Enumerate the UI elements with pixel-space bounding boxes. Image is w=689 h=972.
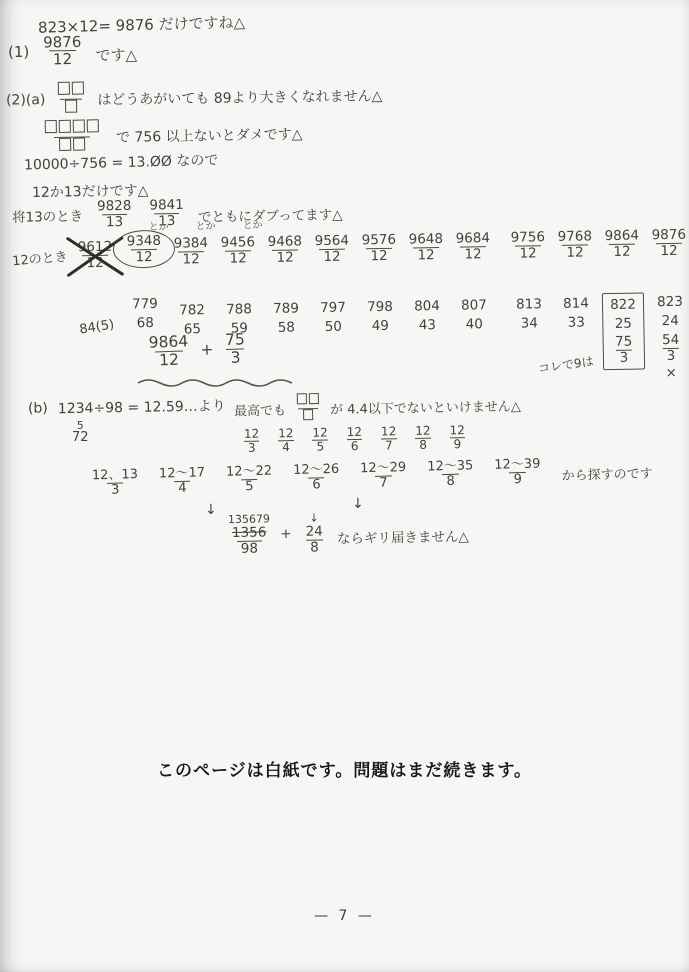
- question1-line: (1) 9876 12 です△: [8, 33, 138, 69]
- condition-suffix: が 4.4以下でないといけません△: [330, 396, 521, 418]
- blank-page-notice: このページは白紙です。問題はまだ続きます。: [0, 756, 689, 781]
- fraction-denominator: 12: [131, 249, 156, 265]
- question2a-text: はどうあがいても 89より大きくなれません△: [97, 85, 382, 109]
- candidate-fraction: 9468 12: [264, 234, 307, 265]
- range-den-4: 12〜174: [155, 466, 210, 496]
- candidate-fraction: 9576 12: [358, 233, 401, 264]
- digit-box-fraction-2over1: [53, 81, 89, 117]
- quotient: 814: [563, 295, 589, 311]
- fraction-9828-13: 9828 13: [93, 199, 136, 230]
- selected-result-box: 822 25 75 3: [602, 292, 645, 370]
- fraction-denominator: 12: [272, 249, 297, 265]
- candidate-column: とか 9348 12 779 68: [122, 230, 168, 332]
- digit-box: [59, 120, 71, 133]
- down-arrow: ↓: [352, 496, 364, 512]
- fraction-denominator: 12: [225, 250, 250, 266]
- when-13-line: 将13のとき 9828 13 9841 13 でともにダブってます△: [12, 195, 343, 231]
- candidate-column: 9468 12 789 58: [263, 227, 309, 336]
- fraction-numerator: 75: [221, 331, 249, 349]
- twelfths-row: 123 124 125 126 127 128 129: [240, 424, 469, 455]
- page-number: — 7 —: [0, 908, 689, 924]
- fraction-numerator: 9756: [507, 230, 550, 245]
- fraction-numerator: 9864: [601, 228, 644, 243]
- toka-annotation: とか: [148, 218, 168, 233]
- range-den-3: 12、133: [88, 468, 143, 498]
- fraction-numerator: 75: [611, 335, 636, 350]
- quotient: 798: [367, 299, 393, 315]
- difference: 40: [466, 316, 483, 332]
- range-den-8: 12〜358: [423, 459, 478, 489]
- quotient: 782: [179, 302, 205, 318]
- difference: 58: [278, 320, 295, 336]
- fraction-denominator: 12: [82, 254, 107, 270]
- fraction-numerator: 9576: [358, 233, 401, 248]
- difference: 43: [419, 317, 436, 333]
- fraction-numerator: 9348: [123, 234, 166, 249]
- fraction-numerator: 9864: [144, 333, 192, 351]
- digit-box: [58, 82, 70, 95]
- fraction-numerator: 9828: [93, 199, 136, 214]
- when-12-label: 12のとき: [11, 246, 68, 270]
- fraction-numerator: 9384: [170, 236, 213, 251]
- candidate-column: 9564 12 797 50: [310, 226, 356, 335]
- final-check-line: 135679 1356 98 + ↓ 24 8 ならギリ届きません△: [228, 510, 469, 556]
- digit-box: [303, 409, 313, 420]
- rejection-mark: ×: [665, 365, 677, 381]
- fraction-denominator: 3: [615, 349, 632, 365]
- toka-annotation: とか: [195, 217, 215, 232]
- difference: 34: [521, 315, 538, 331]
- fraction-12-3: 123: [240, 428, 264, 455]
- candidate-fraction: 9876 12: [647, 228, 689, 259]
- fraction-denominator: 12: [515, 245, 540, 261]
- candidate-column: とか 9384 12 782 65: [169, 229, 215, 338]
- digit-box: [59, 138, 71, 151]
- digit-box: [65, 100, 77, 113]
- plus-sign: +: [200, 341, 214, 359]
- fraction-numerator: 9876: [647, 228, 689, 243]
- fraction-denominator: 8: [306, 539, 323, 555]
- fraction-numerator: 54: [658, 333, 683, 348]
- fraction-12-5: 125: [308, 426, 332, 453]
- fraction-denominator: 12: [562, 244, 587, 260]
- fraction-denominator: 98: [237, 540, 262, 556]
- range-den-7: 12〜297: [356, 461, 411, 491]
- fraction-12-4: 124: [274, 427, 298, 454]
- candidate-fraction: 9768 12: [554, 229, 597, 260]
- candidate-fraction: 9384 12: [170, 236, 213, 267]
- extra-fraction: 75 3: [611, 335, 637, 366]
- digit-box: [297, 393, 307, 404]
- condition-text: で 756 以上ないとダメです△: [116, 123, 303, 146]
- candidate-fraction: 9456 12: [217, 235, 260, 266]
- fraction-denominator: 12: [49, 50, 76, 68]
- down-arrow: ↓: [205, 502, 217, 518]
- candidate-column-selected: 9864 12 822 25 75 3: [600, 221, 647, 370]
- part-b-subnote: 5 72: [72, 420, 89, 444]
- fraction-numerator: 9564: [311, 233, 354, 248]
- when-13-suffix: でともにダブってます△: [198, 203, 343, 226]
- fraction-denominator: 12: [656, 242, 681, 258]
- digit-box: [73, 138, 85, 151]
- fraction-12-7: 127: [377, 425, 401, 452]
- question2a-label: (2)(a): [6, 92, 46, 109]
- ranges-row: 12、133 12〜174 12〜225 12〜266 12〜297 12〜35…: [88, 455, 653, 499]
- quotient: 789: [273, 300, 299, 316]
- quotient: 788: [226, 301, 252, 317]
- fraction-denominator: 13: [102, 213, 127, 229]
- fraction-numerator: 24: [302, 524, 327, 539]
- digit-box: [309, 393, 319, 404]
- final-fraction-1: 1356 98: [228, 525, 271, 556]
- fraction-denominator: 3: [226, 348, 244, 366]
- fraction-numerator: 9876: [39, 34, 85, 51]
- fraction-numerator: 1356: [228, 525, 271, 540]
- toka-annotation: とか: [242, 216, 262, 231]
- condition-prefix: 最高でも: [234, 400, 286, 420]
- fraction-denominator: 12: [609, 243, 634, 259]
- part-b-condition: 最高でも が 4.4以下でないといけません△: [234, 389, 521, 425]
- final-fraction-2: 24 8: [302, 524, 328, 555]
- part-b-calc: 1234÷98 = 12.59…より: [58, 395, 226, 418]
- fraction-numerator: 9684: [452, 231, 495, 246]
- digit-box-fraction-4over2: [40, 119, 105, 155]
- fraction-denominator: 12: [460, 246, 485, 262]
- fraction-denominator: 12: [178, 251, 203, 267]
- fraction-numerator: 9612: [74, 240, 117, 255]
- extra-fraction: 54 3: [658, 333, 684, 364]
- final-digit-pool: 135679 1356 98: [228, 513, 271, 556]
- fraction-denominator: 12: [155, 350, 183, 369]
- quotient: 804: [414, 298, 440, 314]
- final-fraction-2-group: ↓ 24 8: [301, 512, 327, 555]
- difference: 24: [662, 313, 679, 329]
- fraction-12-6: 126: [343, 426, 367, 453]
- quotient: 813: [516, 296, 542, 312]
- quotient: 823: [657, 294, 683, 310]
- quotient: 779: [132, 296, 158, 312]
- fraction-12-8: 128: [411, 425, 435, 452]
- condition-line: で 756 以上ないとダメです△: [40, 116, 303, 156]
- candidate-fraction: 9684 12: [452, 231, 495, 262]
- answer-fraction-2: 75 3: [221, 331, 250, 366]
- fraction-numerator: 9456: [217, 235, 260, 250]
- candidate-column: 9576 12 798 49: [357, 226, 403, 335]
- difference: 33: [568, 314, 585, 330]
- digit-box: [73, 120, 85, 133]
- question2a-line: (2)(a) はどうあがいても 89より大きくなれません△: [6, 77, 383, 117]
- part-b-label: (b): [28, 400, 48, 416]
- fraction-denominator: 12: [413, 247, 438, 263]
- candidate-fraction: 9864 12: [601, 228, 644, 259]
- fraction-denominator: 12: [366, 247, 391, 263]
- scanned-worksheet-page: 823×12= 9876 だけですね△ (1) 9876 12 です△ (2)(…: [0, 0, 689, 972]
- quotient: 807: [461, 297, 487, 313]
- digit-box: [72, 82, 84, 95]
- fraction-12-9: 129: [445, 424, 469, 451]
- wavy-underline: [136, 376, 296, 388]
- part-b-line: (b) 1234÷98 = 12.59…より: [28, 395, 226, 418]
- division-estimate: 10000÷756 = 13.ØØ なので: [24, 149, 219, 174]
- final-suffix: ならギリ届きません△: [337, 525, 469, 547]
- candidate-column: 9756 12 813 34: [506, 223, 552, 332]
- ranges-suffix: から探すのです: [561, 463, 652, 484]
- candidate-fraction: 9648 12: [405, 232, 448, 263]
- quotient: 822: [610, 297, 636, 313]
- candidate-column: 9768 12 814 33: [553, 222, 599, 331]
- question1-suffix: です△: [95, 44, 137, 66]
- quotient: 797: [320, 300, 346, 316]
- candidate-column: 9684 12 807 40: [451, 224, 497, 333]
- when-13-prefix: 将13のとき: [12, 205, 84, 226]
- candidate-column: とか 9456 12 788 59: [216, 228, 262, 337]
- difference: 50: [325, 319, 342, 335]
- digit-box-fraction-2over1-small: [292, 393, 325, 425]
- plus-sign: +: [280, 526, 292, 542]
- digit-box: [45, 120, 57, 133]
- circled-fraction: 9348 12: [112, 230, 175, 269]
- fraction-numerator: 9841: [145, 198, 188, 213]
- candidate-fraction: 9756 12: [507, 230, 550, 261]
- answer-fraction-1: 9864 12: [144, 333, 193, 369]
- candidate-fraction: 9564 12: [311, 233, 354, 264]
- crossed-note: 84(5): [78, 317, 115, 337]
- fraction-numerator: 9468: [264, 234, 307, 249]
- difference: 25: [615, 316, 632, 332]
- candidate-column-rejected: 9876 12 823 24 54 3 ×: [647, 221, 689, 382]
- subnote-bottom: 72: [72, 431, 89, 444]
- digit-box: [87, 119, 99, 132]
- candidate-column: 9648 12 804 43: [404, 225, 450, 334]
- fraction-denominator: 12: [319, 248, 344, 264]
- range-den-6: 12〜266: [289, 463, 344, 493]
- answer-expression: 9864 12 + 75 3: [144, 331, 249, 369]
- fraction-denominator: 3: [662, 347, 679, 363]
- difference: 49: [372, 318, 389, 334]
- fraction-numerator: 9768: [554, 229, 597, 244]
- range-den-9: 12〜399: [490, 457, 545, 487]
- fraction-numerator: 9648: [405, 232, 448, 247]
- difference: 68: [137, 315, 154, 331]
- question1-label: (1): [8, 42, 30, 60]
- fraction-9876-12: 9876 12: [39, 34, 86, 68]
- range-den-5: 12〜225: [222, 464, 277, 494]
